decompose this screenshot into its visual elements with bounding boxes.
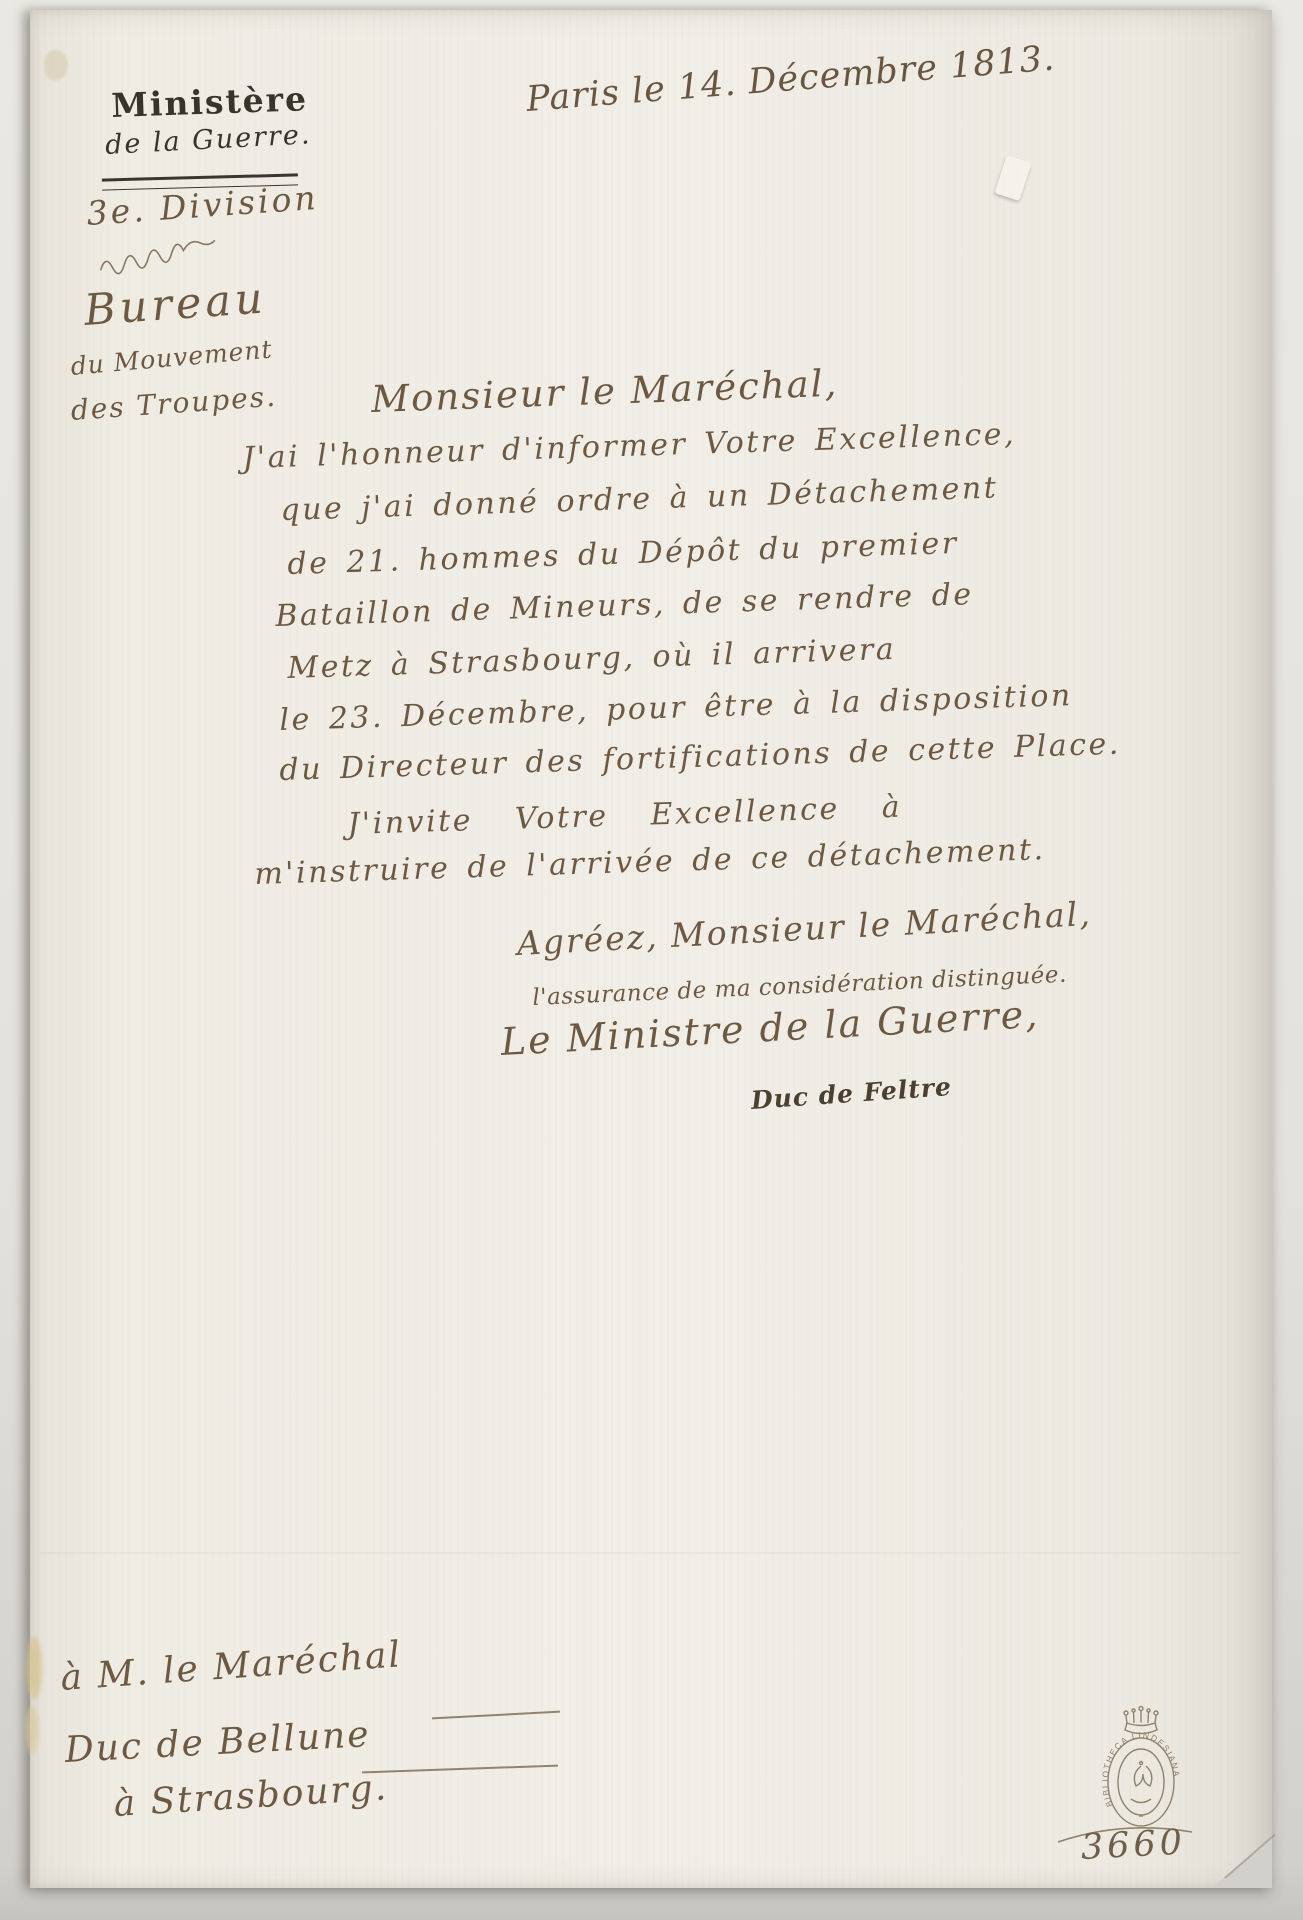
paper-stain xyxy=(26,1706,39,1754)
svg-text:BIBLIOTHECA LINDESIANA: BIBLIOTHECA LINDESIANA xyxy=(1100,1730,1182,1809)
paper-crease xyxy=(40,1552,1240,1554)
paper-corner-chip xyxy=(44,50,68,80)
letterhead-ministry: Ministère xyxy=(111,79,309,125)
paper-stain xyxy=(27,1636,42,1700)
scanned-letter-photo: Ministère de la Guerre. 3e. Division Bur… xyxy=(0,0,1303,1920)
stamp-label: BIBLIOTHECA LINDESIANA xyxy=(1100,1730,1182,1809)
library-stamp-icon: BIBLIOTHECA LINDESIANA xyxy=(1093,1704,1189,1834)
stamp-accession-number: 3660 xyxy=(1080,1823,1187,1868)
